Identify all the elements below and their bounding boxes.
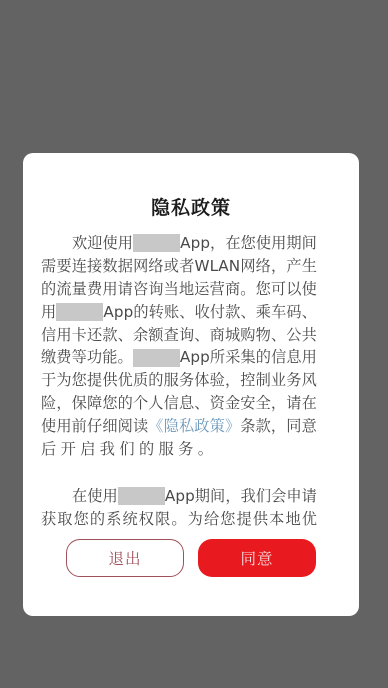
policy-text-char: 于 [41, 369, 56, 392]
policy-text-char: 者 [179, 255, 194, 278]
policy-text-char: 购 [240, 324, 255, 347]
policy-text-line: 后开启我们的服务。 [41, 438, 317, 461]
policy-text-char: 业 [271, 369, 286, 392]
policy-text-char: 细 [102, 415, 117, 438]
policy-text-char: 信 [271, 346, 286, 369]
policy-text-char: p [185, 485, 195, 508]
policy-text-char: 条 [240, 415, 255, 438]
policy-text-char: 您 [220, 508, 235, 531]
policy-text-char: 、 [302, 301, 317, 324]
policy-text-char: 期 [195, 485, 210, 508]
policy-text-char: 码 [286, 301, 301, 324]
policy-text-char: 转 [149, 301, 164, 324]
policy-text-line: 缴费等功能。App所采集的信息用 [41, 346, 317, 369]
policy-text-char: 功 [87, 346, 102, 369]
privacy-policy-link[interactable]: 隐 [164, 415, 179, 438]
policy-text-char: 用 [102, 278, 117, 301]
redacted-app-name [133, 349, 180, 367]
policy-text-char: 服 [164, 369, 179, 392]
privacy-policy-link[interactable]: 《 [148, 415, 163, 438]
policy-text-char: 供 [102, 369, 117, 392]
policy-text-char: 为 [188, 508, 203, 531]
policy-text-char: 城 [225, 324, 240, 347]
policy-text-char: 。 [240, 278, 255, 301]
policy-text-char: 的 [118, 392, 133, 415]
policy-text-char: 同 [286, 415, 301, 438]
policy-text-char: 可 [271, 278, 286, 301]
policy-text-char: 在 [302, 392, 317, 415]
policy-text-char: 验 [210, 369, 225, 392]
policy-text-char: 本 [269, 508, 284, 531]
policy-text-char: L [210, 255, 218, 278]
policy-text-char: 优 [302, 508, 317, 531]
policy-text-char: 采 [225, 346, 240, 369]
policy-text-char: ， [271, 255, 286, 278]
policy-text-char: 用 [41, 301, 56, 324]
policy-text-char: 请 [118, 278, 133, 301]
policy-text-char: p [114, 301, 124, 324]
policy-text-char: 使 [41, 415, 56, 438]
policy-text-char: 收 [195, 301, 210, 324]
policy-text-char: p [191, 232, 201, 255]
policy-text-char: 们 [119, 438, 139, 461]
policy-text-char: 款 [256, 415, 271, 438]
policy-text-char: 务 [178, 438, 198, 461]
policy-text-char: 全 [256, 392, 271, 415]
policy-text-char: 用 [271, 232, 286, 255]
policy-text-char: 咨 [133, 278, 148, 301]
policy-text-char: A [218, 255, 228, 278]
privacy-policy-dialog: 隐私政策 欢迎使用App，在您使用期间需要连接数据网络或者WLAN网络，产生的流… [23, 153, 359, 616]
policy-text-char: 使 [302, 278, 317, 301]
policy-text-char: 商 [225, 278, 240, 301]
policy-text-char: 提 [237, 508, 252, 531]
policy-text-char: 金 [225, 392, 240, 415]
privacy-policy-link[interactable]: 》 [225, 415, 240, 438]
policy-text-char: 费 [87, 278, 102, 301]
policy-text-char: 能 [102, 346, 117, 369]
policy-text-char: 共 [302, 324, 317, 347]
policy-text-char: 用 [56, 324, 71, 347]
policy-text-char: 接 [87, 255, 102, 278]
policy-text-char: 款 [102, 324, 117, 347]
policy-text-char: 用 [302, 346, 317, 369]
dialog-title: 隐私政策 [23, 193, 359, 220]
policy-text-char: 前 [72, 415, 87, 438]
policy-text-char: 们 [256, 485, 271, 508]
policy-text-char: 产 [286, 255, 301, 278]
policy-text-char: 开 [61, 438, 81, 461]
policy-text-char: 为 [56, 369, 71, 392]
policy-text-char: 、 [194, 392, 209, 415]
policy-text-line: 用App的转账、收付款、乘车码、 [41, 301, 317, 324]
policy-text-char: 的 [256, 346, 271, 369]
policy-text-char: 体 [194, 369, 209, 392]
policy-text-char: 网 [133, 255, 148, 278]
policy-text-char: 权 [139, 508, 154, 531]
policy-text-char: 据 [118, 255, 133, 278]
redacted-app-name [56, 303, 103, 321]
policy-text-char: 息 [179, 392, 194, 415]
policy-text-line: 需要连接数据网络或者WLAN网络，产生 [41, 255, 317, 278]
policy-text-char: 运 [194, 278, 209, 301]
policy-text-char: 您 [256, 278, 271, 301]
policy-text-char: 欢 [72, 232, 87, 255]
policy-text-char: 安 [240, 392, 255, 415]
policy-text-char: 给 [204, 508, 219, 531]
policy-text-char: 务 [179, 369, 194, 392]
redacted-app-name [118, 487, 165, 505]
policy-text-char: 款 [225, 301, 240, 324]
privacy-policy-link[interactable]: 政 [194, 415, 209, 438]
policy-text-char: 络 [256, 255, 271, 278]
policy-text-char: 障 [87, 392, 102, 415]
policy-text-char: 或 [164, 255, 179, 278]
policy-text-char: W [194, 255, 209, 278]
policy-text-char: 间 [210, 485, 225, 508]
policy-text-char: 会 [271, 485, 286, 508]
paragraph-spacer [41, 461, 317, 485]
policy-text-char: 的 [41, 278, 56, 301]
policy-text-char: 、 [179, 301, 194, 324]
policy-text-char: 要 [56, 255, 71, 278]
policy-text-char: 请 [302, 485, 317, 508]
policy-text-char: 用 [56, 415, 71, 438]
policy-text-char: 、 [240, 301, 255, 324]
policy-text-char: 。 [198, 438, 218, 461]
policy-text-char: 您 [241, 232, 256, 255]
policy-text-char: 信 [164, 392, 179, 415]
policy-text-char: 络 [148, 255, 163, 278]
policy-text-char: 提 [87, 369, 102, 392]
policy-text-char: 查 [164, 324, 179, 347]
policy-text-line: 在使用App期间，我们会申请 [41, 485, 317, 508]
policy-text-char: 集 [240, 346, 255, 369]
policy-text-char: 、 [271, 324, 286, 347]
policy-text-char: 我 [100, 438, 120, 461]
policy-text-char: 优 [118, 369, 133, 392]
policy-text-char: p [175, 485, 185, 508]
policy-text-char: 资 [210, 392, 225, 415]
policy-text-char: A [180, 346, 190, 369]
policy-text-line: 获取您的系统权限。为给您提供本地优 [41, 508, 317, 531]
policy-text-char: 、 [194, 324, 209, 347]
policy-text-char: 的 [90, 508, 105, 531]
policy-text-char: 意 [302, 415, 317, 438]
policy-text-char: 的 [139, 438, 159, 461]
policy-text-char: 服 [159, 438, 179, 461]
policy-text-char: 的 [133, 301, 148, 324]
policy-text-char: 乘 [256, 301, 271, 324]
policy-text-char: 制 [256, 369, 271, 392]
policy-text-char: 还 [87, 324, 102, 347]
policy-text-char: 数 [102, 255, 117, 278]
policy-text-char: 质 [133, 369, 148, 392]
policy-text-char: 流 [56, 278, 71, 301]
policy-text-line: 于为您提供优质的服务体验，控制业务风 [41, 369, 317, 392]
policy-text-char: 账 [164, 301, 179, 324]
policy-text-char: 保 [72, 392, 87, 415]
exit-button[interactable]: 退出 [66, 539, 184, 577]
policy-text-char: 余 [133, 324, 148, 347]
policy-text-char: ， [271, 415, 286, 438]
policy-text-scroll[interactable]: 欢迎使用App，在您使用期间需要连接数据网络或者WLAN网络，产生的流量费用请咨… [41, 232, 317, 532]
policy-text-char: 仔 [87, 415, 102, 438]
policy-text-char: 地 [179, 278, 194, 301]
policy-text-char: 获 [41, 508, 56, 531]
policy-text-char: 物 [256, 324, 271, 347]
policy-text-char: 后 [41, 438, 61, 461]
agree-button[interactable]: 同意 [198, 539, 316, 577]
policy-text-char: 险 [41, 392, 56, 415]
policy-text-char: 使 [103, 232, 118, 255]
policy-text-line: 使用前仔细阅读《隐私政策》条款，同意 [41, 415, 317, 438]
policy-text-line: 欢迎使用App，在您使用期间 [41, 232, 317, 255]
policy-text-char: 。 [171, 508, 186, 531]
policy-text-char: 间 [302, 232, 317, 255]
policy-text-char: 费 [56, 346, 71, 369]
policy-text-char: 卡 [72, 324, 87, 347]
policy-text-char: p [190, 346, 200, 369]
privacy-policy-link[interactable]: 策 [210, 415, 225, 438]
policy-text-char: 个 [133, 392, 148, 415]
policy-text-char: p [200, 346, 210, 369]
policy-text-char: 需 [41, 255, 56, 278]
policy-text-char: 系 [106, 508, 121, 531]
policy-text-char: 付 [210, 301, 225, 324]
policy-text-char: ， [225, 369, 240, 392]
policy-text-char: 所 [210, 346, 225, 369]
policy-text-char: N [229, 255, 240, 278]
policy-text-char: 迎 [87, 232, 102, 255]
policy-text-char: 在 [225, 232, 240, 255]
policy-text-char: 阅 [118, 415, 133, 438]
policy-text-char: 。 [117, 346, 132, 369]
policy-text-char: 公 [286, 324, 301, 347]
policy-text-char: 我 [241, 485, 256, 508]
policy-text-char: 地 [285, 508, 300, 531]
policy-text-char: 额 [148, 324, 163, 347]
policy-text-char: 询 [179, 324, 194, 347]
policy-text-char: ， [271, 392, 286, 415]
policy-text-char: 商 [210, 324, 225, 347]
policy-text-char: 务 [286, 369, 301, 392]
policy-text-char: 询 [148, 278, 163, 301]
policy-text-char: 供 [253, 508, 268, 531]
policy-text-char: A [180, 232, 190, 255]
policy-text-char: 生 [302, 255, 317, 278]
policy-text-char: ， [210, 232, 225, 255]
policy-text-char: 以 [286, 278, 301, 301]
policy-text-char: 人 [148, 392, 163, 415]
policy-text-char: 使 [87, 485, 102, 508]
policy-text-char: 息 [286, 346, 301, 369]
policy-text-char: 统 [122, 508, 137, 531]
policy-text-char: ， [56, 392, 71, 415]
redacted-app-name [133, 234, 180, 252]
policy-text-char: 用 [118, 232, 133, 255]
policy-text-line: 信用卡还款、余额查询、商城购物、公共 [41, 324, 317, 347]
policy-text-char: 的 [148, 369, 163, 392]
policy-text-line: 险，保障您的个人信息、资金安全，请在 [41, 392, 317, 415]
policy-text-char: 等 [72, 346, 87, 369]
policy-text-char: 您 [74, 508, 89, 531]
policy-text-char: 连 [72, 255, 87, 278]
policy-text-char: 营 [210, 278, 225, 301]
policy-text-char: 限 [155, 508, 170, 531]
policy-text-char: 缴 [41, 346, 56, 369]
policy-text-char: 您 [102, 392, 117, 415]
policy-text-char: p [124, 301, 134, 324]
policy-text-char: 读 [133, 415, 148, 438]
policy-text-char: p [200, 232, 210, 255]
policy-text-char: 取 [57, 508, 72, 531]
policy-text-char: 在 [72, 485, 87, 508]
policy-text-char: A [103, 301, 113, 324]
policy-text-char: 申 [286, 485, 301, 508]
policy-text-char: 启 [80, 438, 100, 461]
policy-text-char: 使 [256, 232, 271, 255]
policy-text-char: 用 [103, 485, 118, 508]
policy-text-char: ， [225, 485, 240, 508]
policy-text-line: 的流量费用请咨询当地运营商。您可以使 [41, 278, 317, 301]
policy-text-char: 控 [240, 369, 255, 392]
policy-text-char: 网 [240, 255, 255, 278]
policy-text-char: 您 [72, 369, 87, 392]
policy-text-char: 风 [302, 369, 317, 392]
policy-text-char: 信 [41, 324, 56, 347]
policy-text-char: 车 [271, 301, 286, 324]
policy-text-char: 量 [72, 278, 87, 301]
policy-text-char: 、 [118, 324, 133, 347]
policy-text-char: 期 [286, 232, 301, 255]
policy-text-char: 当 [164, 278, 179, 301]
policy-text-char: A [165, 485, 175, 508]
policy-text-char: 请 [286, 392, 301, 415]
privacy-policy-link[interactable]: 私 [179, 415, 194, 438]
